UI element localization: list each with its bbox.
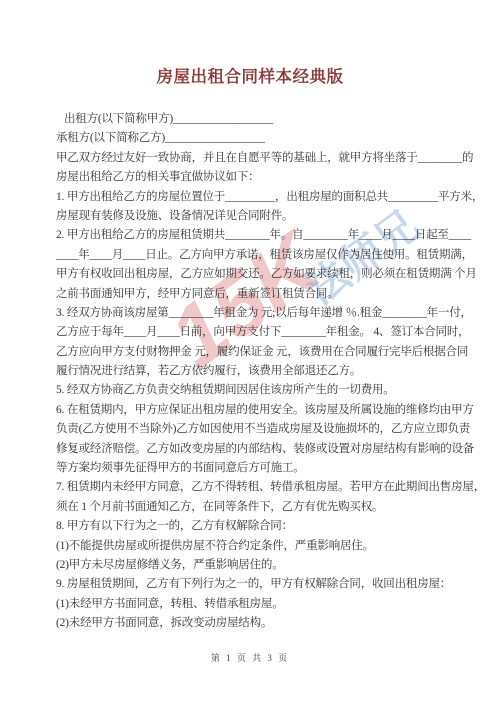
contract-line: 6. 在租赁期内，甲方应保证出租房屋的使用安全。该房屋及所属设施的维修均由甲方 [56, 401, 450, 420]
contract-line: 修复或经济赔偿。乙方如改变房屋的内部结构、装修或设置对房屋结构有影响的设备 [56, 440, 450, 459]
contract-line: (1)不能提供房屋或所提供房屋不符合约定条件，严重影响居住。 [56, 537, 450, 556]
contract-line: 乙方应向甲方支付财物押金 元，履约保证金 元，该费用在合同履行完毕后根据合同 [56, 343, 450, 362]
contract-line: 2. 甲方出租给乙方的房屋租赁期共________年。自________年___… [56, 226, 450, 245]
contract-line: 甲乙双方经过友好一致协商，并且在自愿平等的基础上，就甲方将坐落于________… [56, 149, 450, 168]
page-title: 房屋出租合同样本经典版 [0, 63, 500, 87]
contract-line: 须在 1 个月前书面通知乙方，在同等条件下，乙方有优先购买权。 [56, 498, 450, 517]
contract-line: 出租方(以下简称甲方)__________________ [56, 110, 450, 129]
contract-line: (2)未经甲方书面同意，拆改变动房屋结构。 [56, 614, 450, 633]
contract-line: (2)甲方未尽房屋修缮义务，严重影响居住的。 [56, 556, 450, 575]
contract-body: 出租方(以下简称甲方)__________________承租方(以下简称乙方)… [56, 110, 450, 634]
contract-line: 承租方(以下简称乙方)__________________ [56, 129, 450, 148]
page-number-footer: 第 1 页 共 3 页 [0, 651, 500, 664]
contract-line: 8. 甲方有以下行为之一的，乙方有权解除合同： [56, 517, 450, 536]
contract-line: 房屋出租给乙方的相关事宜做协议如下： [56, 168, 450, 187]
contract-line: 7. 租赁期内未经甲方同意，乙方不得转租、转借承租房屋。若甲方在此期间出售房屋， [56, 478, 450, 497]
contract-line: 1. 甲方出租给乙方的房屋位置位于_________，出租房屋的面积总共____… [56, 188, 450, 207]
contract-line: 甲方有权收回出租房屋，乙方应如期交还。乙方如要求续租，则必须在租赁期满 个月 [56, 265, 450, 284]
contract-page: 15K 法师兄 房屋出租合同样本经典版 出租方(以下简称甲方)_________… [0, 0, 500, 706]
contract-line: 等方案均须事先征得甲方的书面同意后方可施工。 [56, 459, 450, 478]
contract-line: 5. 经双方协商乙方负责交纳租赁期间因居住该房所产生的一切费用。 [56, 381, 450, 400]
contract-line: 3. 经双方协商该房屋第________年租金为 元;以后每年递增 ％.租金__… [56, 304, 450, 323]
contract-line: 之前书面通知甲方，经甲方同意后，重新签订租赁合同。 [56, 285, 450, 304]
contract-line: 房屋现有装修及设施、设备情况详见合同附件。 [56, 207, 450, 226]
contract-line: 9. 房屋租赁期间，乙方有下列行为之一的，甲方有权解除合同，收回出租房屋： [56, 575, 450, 594]
contract-line: 乙方应于每年____月____日前，向甲方支付下________年租金。 4、签… [56, 323, 450, 342]
contract-line: (1)未经甲方书面同意，转租、转借承租房屋。 [56, 595, 450, 614]
contract-line: ____年____月____日止。乙方向甲方承诺，租赁该房屋仅作为居住使用。租赁… [56, 246, 450, 265]
contract-line: 负责(乙方使用不当除外)乙方如因使用不当造成房屋及设施损坏的，乙方应立即负责 [56, 420, 450, 439]
contract-line: 履行情况进行结算，若乙方依约履行，该费用全部退还乙方。 [56, 362, 450, 381]
